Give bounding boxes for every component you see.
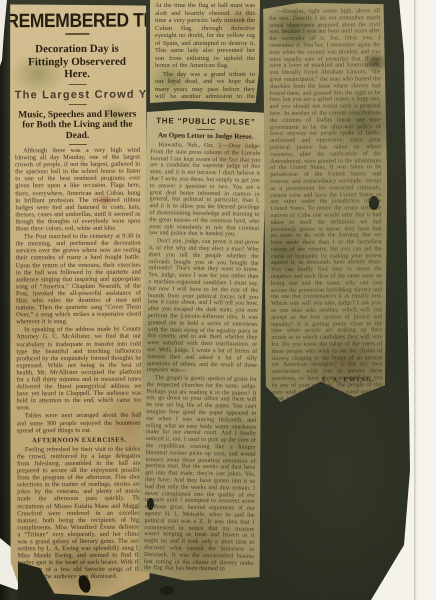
page-left-edge-shadow bbox=[0, 0, 11, 600]
backing-paper-edge bbox=[414, 0, 417, 600]
headline: REMEMBERED THEM bbox=[7, 9, 139, 33]
clipping-remembered-them: REMEMBERED THEM Decoration Day is Fittin… bbox=[7, 4, 150, 598]
ink-spot bbox=[369, 196, 379, 210]
article-body: Although there was a very high wind blow… bbox=[15, 147, 142, 435]
divider bbox=[197, 129, 215, 130]
letter-body: Hiawatha, Neb., Oct. 3.—Dear Judge: From… bbox=[144, 142, 261, 572]
paragraph: Don't you, judge, can prove it and prove… bbox=[147, 238, 259, 376]
divider bbox=[65, 33, 89, 35]
paragraph: The gospel is gently spoken of gratis fo… bbox=[144, 375, 257, 574]
article-body-afternoon: Feeling refreshed by their visit to the … bbox=[17, 445, 143, 581]
paragraph: Tables were next arranged about the hall… bbox=[17, 412, 142, 434]
scrapbook-scan: REMEMBERED THEM Decoration Day is Fittin… bbox=[0, 0, 436, 600]
article-body: At the time the flag at half mast was al… bbox=[155, 2, 255, 103]
subheadline-open-letter: An Open Letter to Judge Reese. bbox=[151, 131, 261, 141]
divider bbox=[68, 103, 86, 104]
divider bbox=[68, 83, 86, 84]
column-header-public-pulse: THE “PUBLIC PULSE” bbox=[151, 116, 261, 127]
ink-spot bbox=[160, 586, 174, 595]
paragraph: —Douglas, right statue high, above all t… bbox=[269, 8, 383, 402]
clipping-public-pulse: THE “PUBLIC PULSE” An Open Letter to Jud… bbox=[138, 108, 267, 582]
paragraph: At the time the flag at half mast was al… bbox=[155, 2, 255, 70]
clipping-flag-continuation: At the time the flag at half mast was al… bbox=[150, 0, 260, 103]
paragraph: Feeling refreshed by their visit to the … bbox=[17, 445, 143, 581]
paragraph: Hiawatha, Neb., Oct. 3.—Dear Judge: From… bbox=[149, 142, 260, 239]
paragraph: Although there was a very high wind blow… bbox=[15, 147, 141, 233]
paragraph: The Post marched to the cemetery at 9:30… bbox=[16, 233, 142, 326]
subheadline-decoration-day: Decoration Day is Fittingly Observered H… bbox=[16, 43, 137, 81]
subheadline-largest-crowd: The Largest Crowd Yet bbox=[15, 88, 140, 101]
divider bbox=[69, 144, 87, 145]
subheadline-music-speeches: Music, Speeches and Flowers for Both the… bbox=[17, 109, 138, 141]
paragraph: The day was a grand tribute to our loyal… bbox=[155, 71, 255, 104]
ink-spot bbox=[147, 498, 154, 510]
crosshead-afternoon-exercises: AFTERNOON EXERCISES. bbox=[17, 436, 142, 444]
letter-body: —Douglas, right statue high, above all t… bbox=[269, 8, 383, 377]
paragraph: In speaking of the address made by Count… bbox=[16, 326, 142, 412]
